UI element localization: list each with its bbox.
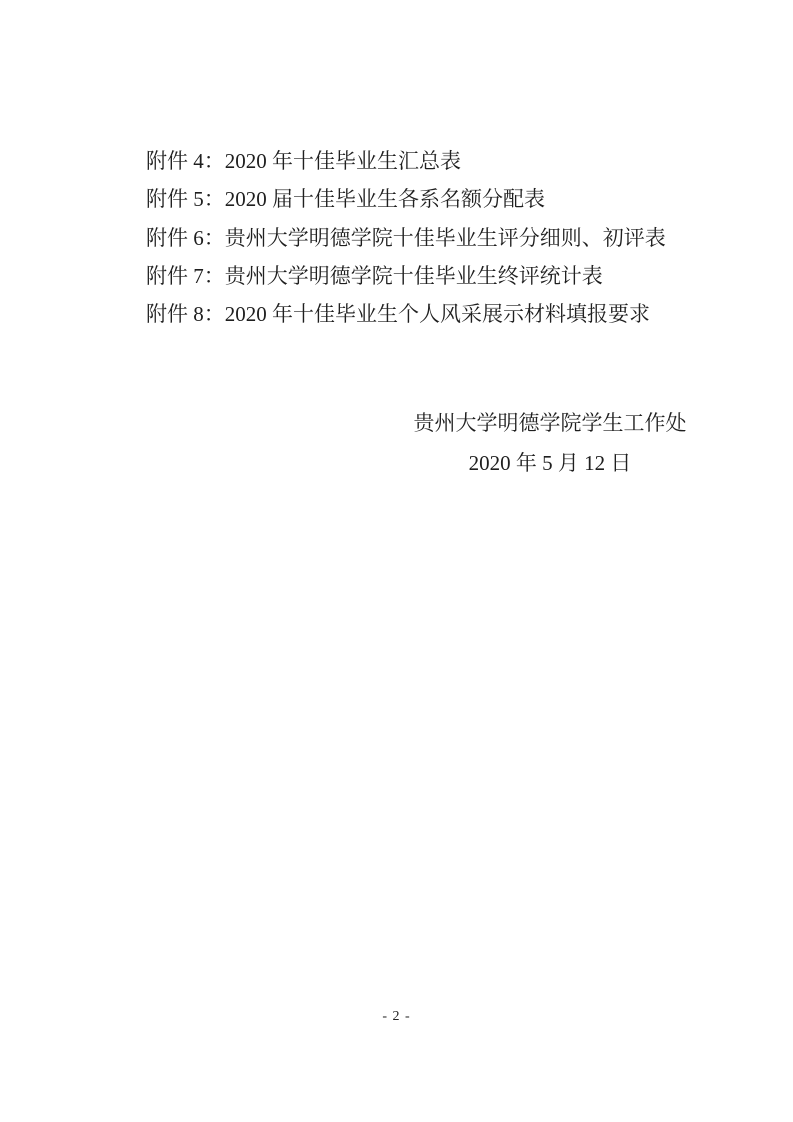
attachment-line: 附件 8：2020 年十佳毕业生个人风采展示材料填报要求: [146, 295, 666, 333]
attachment-line: 附件 6：贵州大学明德学院十佳毕业生评分细则、初评表: [146, 219, 666, 257]
signature-line: 贵州大学明德学院学生工作处: [350, 403, 750, 443]
signature-block: 贵州大学明德学院学生工作处 2020 年 5 月 12 日: [350, 403, 750, 483]
attachment-line: 附件 5：2020 届十佳毕业生各系名额分配表: [146, 180, 666, 218]
page-number: - 2 -: [0, 1009, 793, 1025]
attachment-line: 附件 4：2020 年十佳毕业生汇总表: [146, 142, 666, 180]
attachment-list: 附件 4：2020 年十佳毕业生汇总表 附件 5：2020 届十佳毕业生各系名额…: [146, 142, 666, 333]
document-page: 附件 4：2020 年十佳毕业生汇总表 附件 5：2020 届十佳毕业生各系名额…: [0, 0, 793, 1122]
date-line: 2020 年 5 月 12 日: [350, 443, 750, 483]
attachment-line: 附件 7：贵州大学明德学院十佳毕业生终评统计表: [146, 257, 666, 295]
